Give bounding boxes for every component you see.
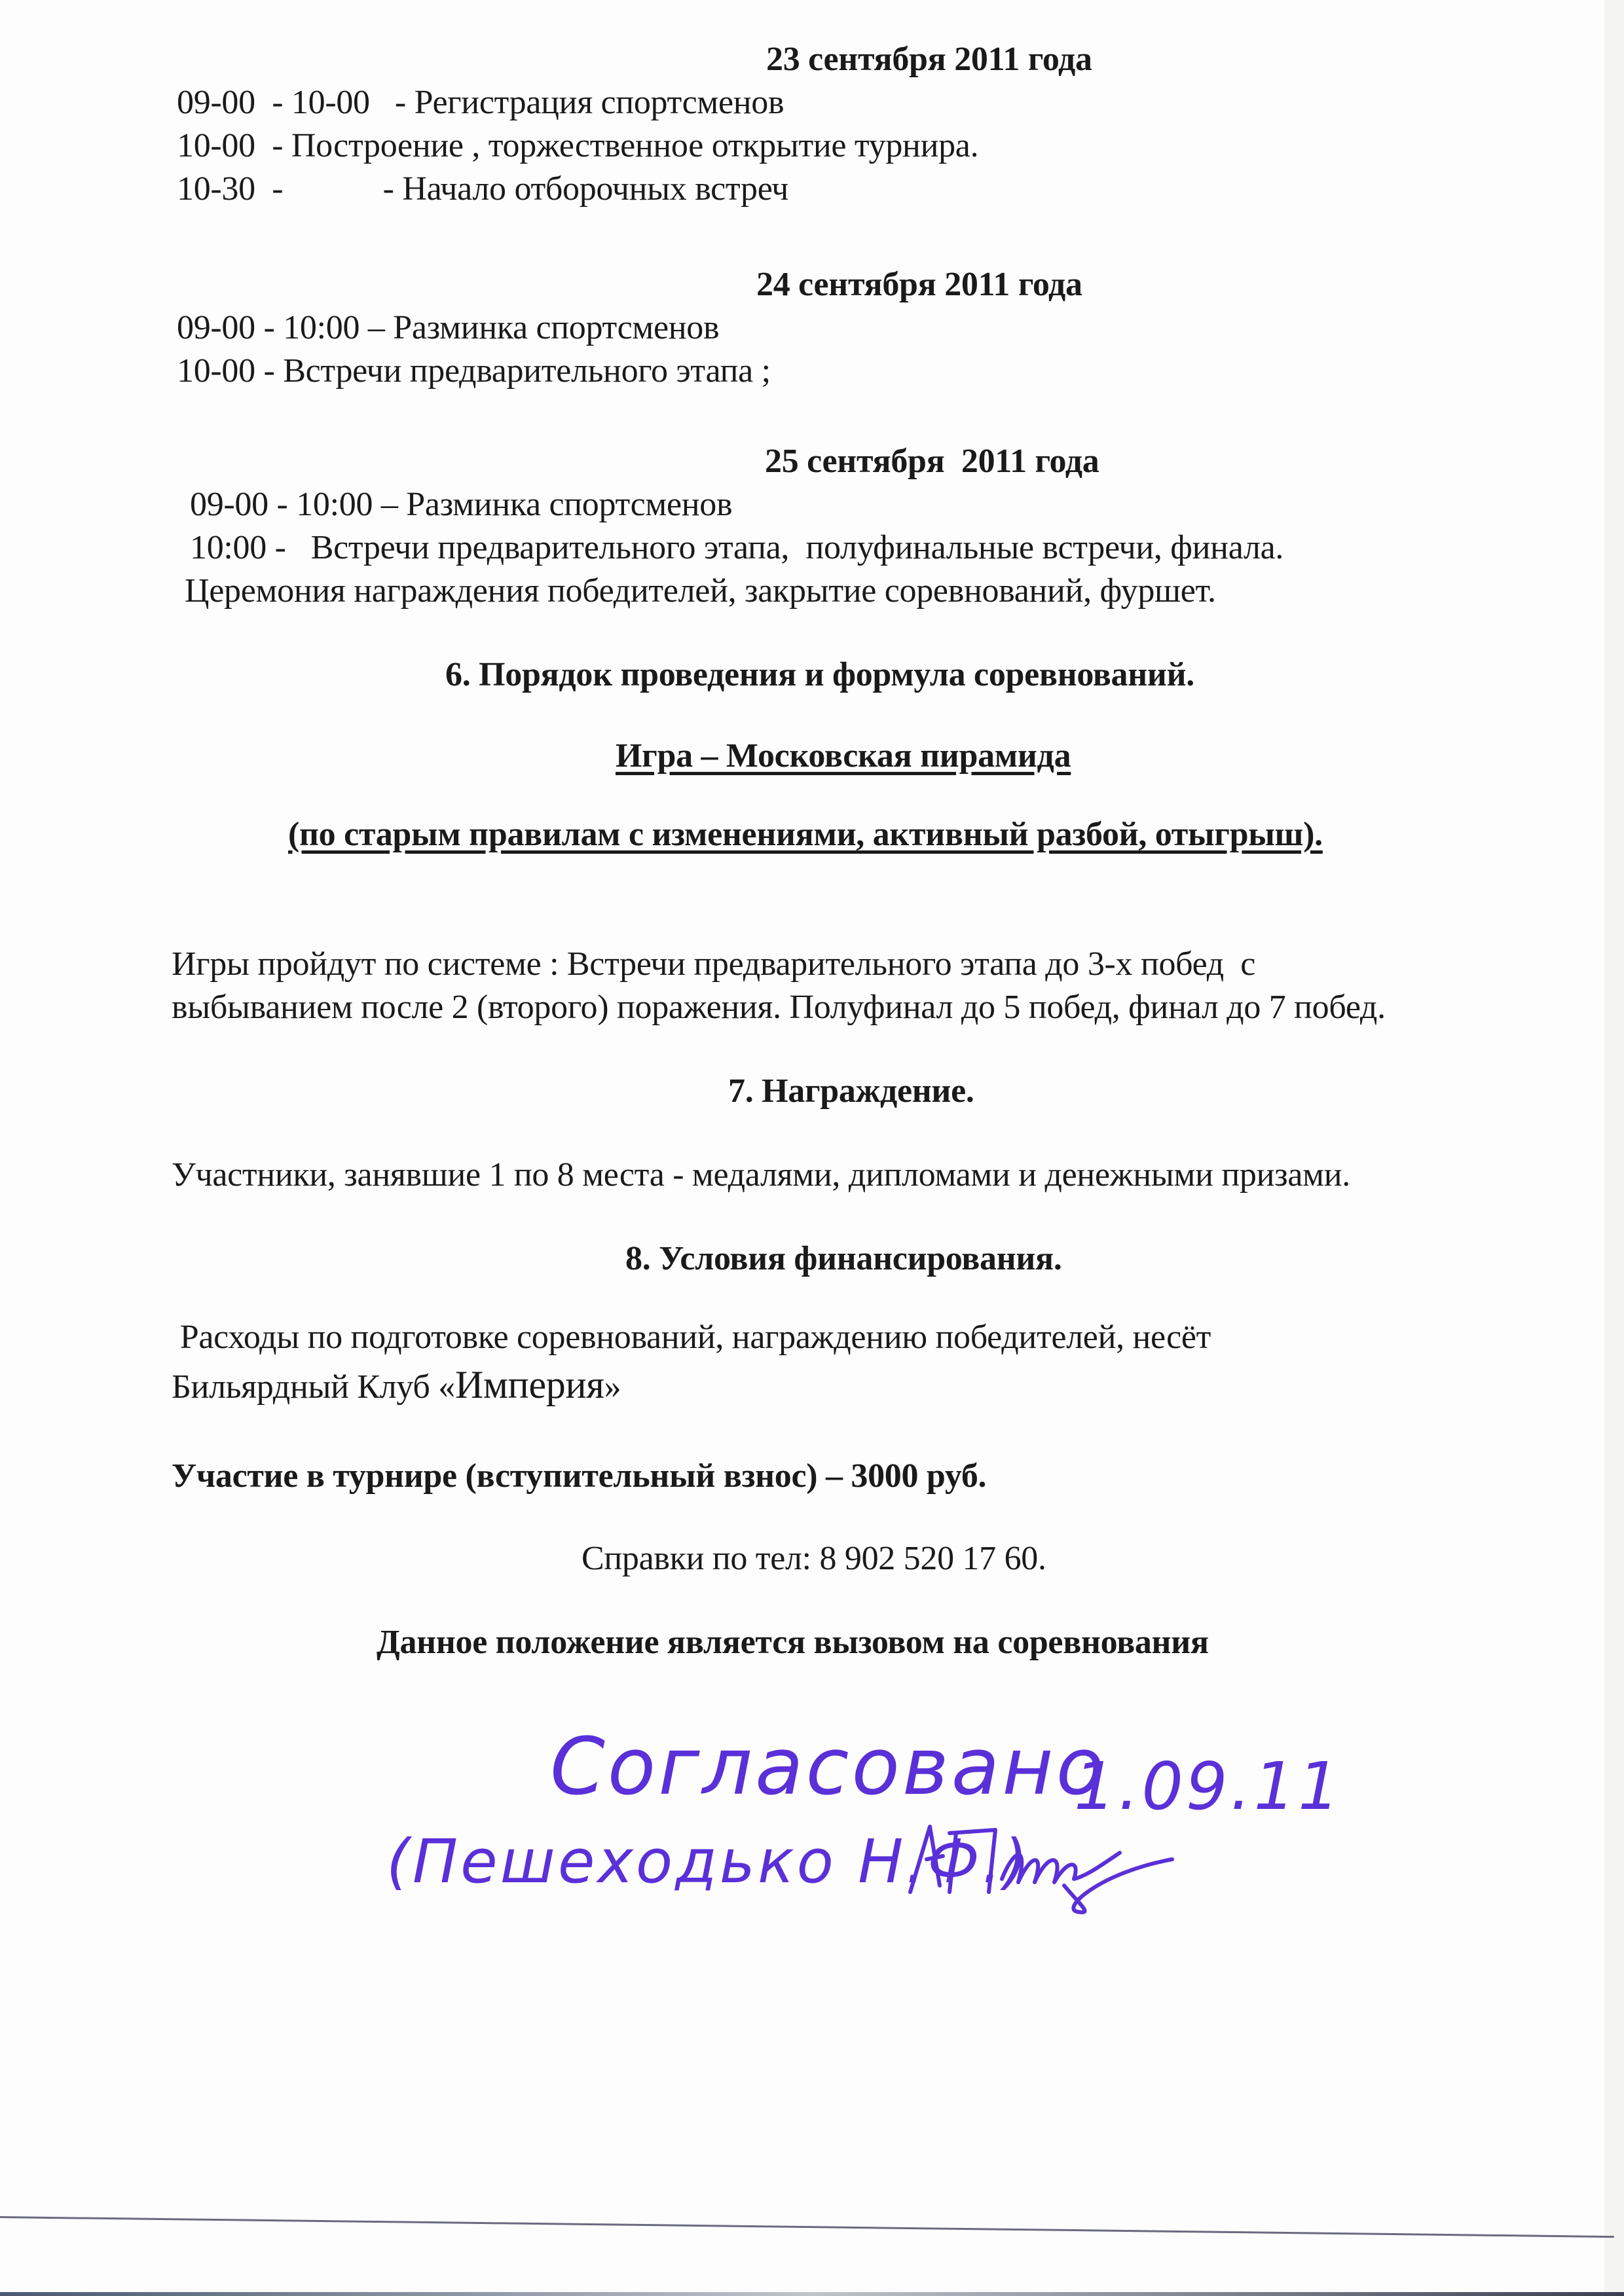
scan-bottom-edge	[0, 2292, 1624, 2296]
day3-date-heading: 25 сентября 2011 года	[765, 440, 1099, 483]
scan-right-edge	[1604, 0, 1624, 2296]
club-prefix: Бильярдный Клуб «	[172, 1368, 455, 1406]
section7-heading: 7. Награждение.	[728, 1070, 974, 1113]
section6-heading: 6. Порядок проведения и формула соревнов…	[445, 653, 1194, 697]
day1-item-registration: 09-00 - 10-00 - Регистрация спортсменов	[177, 81, 784, 124]
section7-text: Участники, занявшие 1 по 8 места - медал…	[172, 1154, 1350, 1197]
entry-fee: Участие в турнире (вступительный взнос) …	[172, 1455, 986, 1498]
section8-text-line2: Бильярдный Клуб «Империя»	[172, 1363, 621, 1409]
scan-page-edge-line	[0, 2216, 1614, 2238]
day2-item-preliminary: 10-00 - Встречи предварительного этапа ;	[177, 350, 771, 393]
day1-date-heading: 23 сентября 2011 года	[766, 38, 1092, 81]
section8-text-line1: Расходы по подготовке соревнований, нагр…	[172, 1316, 1211, 1359]
section8-heading: 8. Условия финансирования.	[625, 1237, 1062, 1281]
day1-item-qualifiers: 10-30 - - Начало отборочных встреч	[177, 168, 788, 211]
handwritten-approval-word: Согласовано	[550, 1722, 1107, 1813]
day3-item-warmup: 09-00 - 10:00 – Разминка спортсменов	[190, 483, 732, 526]
section6-game-title: Игра – Московская пирамида	[616, 735, 1071, 778]
day3-item-finals: 10:00 - Встречи предварительного этапа, …	[190, 526, 1283, 570]
contact-phone: Справки по тел: 8 902 520 17 60.	[581, 1537, 1046, 1580]
signature-scribble-icon	[904, 1813, 1179, 1918]
section6-system-line1: Игры пройдут по системе : Встречи предва…	[172, 943, 1255, 986]
section6-system-line2: выбыванием после 2 (второго) поражения. …	[172, 986, 1386, 1029]
day1-item-opening: 10-00 - Построение , торжественное откры…	[177, 124, 978, 168]
day2-date-heading: 24 сентября 2011 года	[756, 263, 1082, 306]
club-name: Империя	[455, 1363, 604, 1406]
document-page: 23 сентября 2011 года 09-00 - 10-00 - Ре…	[0, 0, 1624, 2296]
day2-item-warmup: 09-00 - 10:00 – Разминка спортсменов	[177, 306, 719, 350]
club-suffix: »	[604, 1368, 621, 1406]
day3-item-ceremony: Церемония награждения победителей, закры…	[185, 570, 1216, 613]
challenge-notice: Данное положение является вызовом на сор…	[377, 1621, 1209, 1664]
section6-rules: (по старым правилам с изменениями, актив…	[288, 813, 1323, 856]
